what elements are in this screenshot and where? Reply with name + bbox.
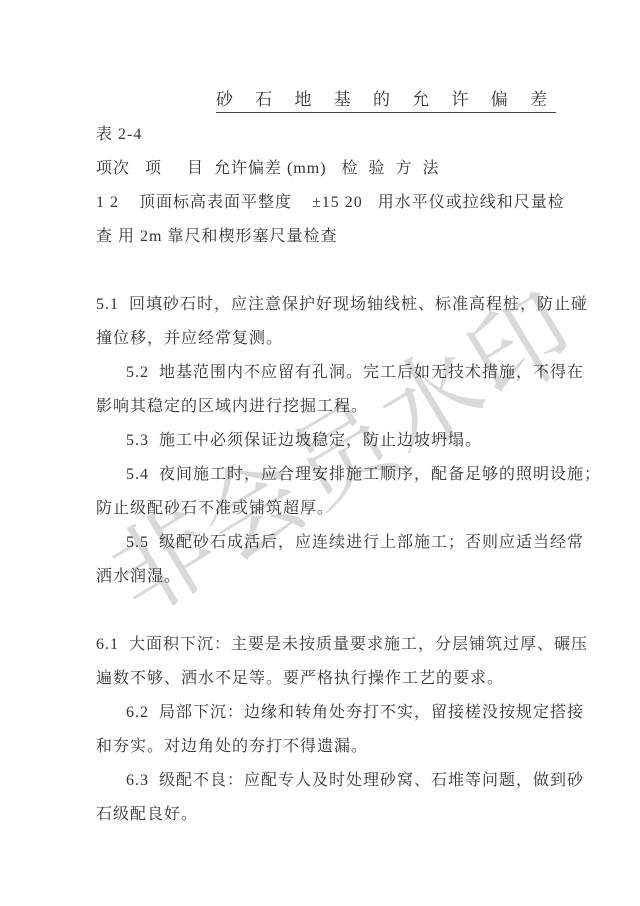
page-title: 砂 石 地 基 的 允 许 偏 差	[96, 84, 556, 118]
text-line-5-2a: 5.2 地基范围内不应留有孔洞。完工后如无技术措施，不得在	[96, 356, 556, 390]
text-line-5-5b: 洒水润湿。	[96, 560, 556, 594]
text-line-5-1b: 撞位移，并应经常复测。	[96, 322, 556, 356]
blank-spacer	[96, 594, 556, 628]
document-page: 非会员水印 砂 石 地 基 的 允 许 偏 差 表 2-4 项次 项 目 允许偏…	[0, 0, 640, 906]
text-line-5-2b: 影响其稳定的区域内进行挖掘工程。	[96, 390, 556, 424]
table-data-row-line-2: 查 用 2m 靠尺和楔形塞尺量检查	[96, 220, 556, 254]
text-line-6-1b: 遍数不够、洒水不足等。要严格执行操作工艺的要求。	[96, 662, 556, 696]
page-title-text: 砂 石 地 基 的 允 许 偏 差	[216, 89, 556, 113]
text-line-6-3b: 石级配良好。	[96, 798, 556, 832]
text-line-5-4b: 防止级配砂石不准或铺筑超厚。	[96, 492, 556, 526]
text-line-5-1a: 5.1 回填砂石时，应注意保护好现场轴线桩、标准高程桩，防止碰	[96, 288, 556, 322]
text-line-6-1a: 6.1 大面积下沉：主要是未按质量要求施工，分层铺筑过厚、碾压	[96, 628, 556, 662]
table-header-row: 项次 项 目 允许偏差 (mm) 检 验 方 法	[96, 152, 556, 186]
text-line-5-3: 5.3 施工中必须保证边坡稳定，防止边坡坍塌。	[96, 424, 556, 458]
table-label: 表 2-4	[96, 118, 556, 152]
text-line-6-2a: 6.2 局部下沉：边缘和转角处夯打不实，留接槎没按规定搭接	[96, 696, 556, 730]
text-line-6-3a: 6.3 级配不良：应配专人及时处理砂窝、石堆等问题，做到砂	[96, 764, 556, 798]
text-line-5-5a: 5.5 级配砂石成活后，应连续进行上部施工；否则应适当经常	[96, 526, 556, 560]
text-line-6-2b: 和夯实。对边角处的夯打不得遗漏。	[96, 730, 556, 764]
text-line-5-4a: 5.4 夜间施工时，应合理安排施工顺序，配备足够的照明设施；	[96, 458, 556, 492]
document-content: 砂 石 地 基 的 允 许 偏 差 表 2-4 项次 项 目 允许偏差 (mm)…	[96, 84, 556, 832]
table-data-row-line-1: 1 2 顶面标高表面平整度 ±15 20 用水平仪或拉线和尺量检	[96, 186, 556, 220]
blank-spacer	[96, 254, 556, 288]
